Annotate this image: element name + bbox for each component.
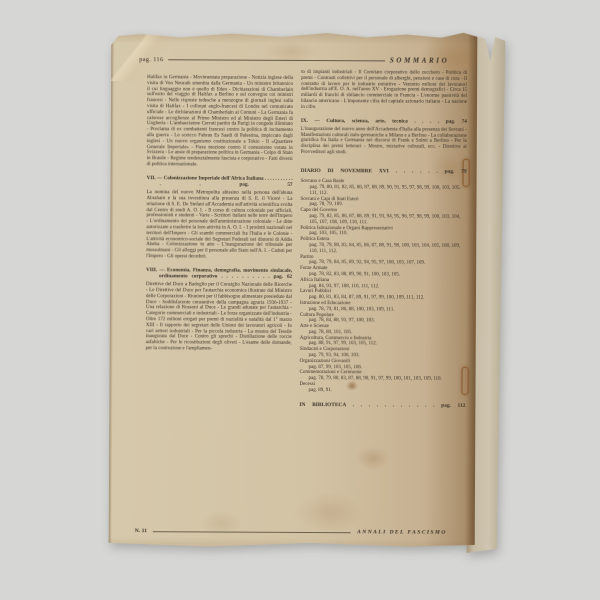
toc-sections: VII. — Colonizzazione Imperiale dell'Afr… — [146, 175, 293, 353]
toc-section: VII. — Colonizzazione Imperiale dell'Afr… — [146, 175, 292, 261]
diary-entry: Partito pag. 78, 79, 84, 85, 89, 92, 94,… — [300, 254, 466, 266]
journal-title: ANNALI DEL FASCISMO — [357, 529, 447, 535]
diary-entry: Istruzione ed Educazione pag. 78, 79, 81… — [300, 301, 466, 313]
diary-entry: Sovrano e Casa Reale pag. 79, 80, 81, 82… — [301, 179, 467, 197]
diary-entry: Africa Italiana pag. 84, 93, 97, 108, 11… — [300, 278, 466, 290]
diary-entry: Commemorazioni e Cerimonie pag. 78, 79, … — [300, 370, 466, 382]
page-title: SOMMARIO — [390, 56, 449, 64]
diary-entry: Forze Armate pag. 78, 82, 83, 88, 89, 90… — [300, 266, 466, 278]
intro-paragraph: Halifax in Germania - Movimentata prepar… — [147, 75, 293, 169]
diary-entry: Agricoltura, Commercio e Industria pag. … — [300, 336, 466, 348]
section-page-ref: pag. 74 — [446, 118, 467, 124]
section-body: La nomina del nuovo Metropolita abissino… — [146, 190, 292, 260]
section-title: IX. — Cultura, scienza, arte, tecnica — [301, 118, 408, 125]
page-content: pag. 116 SOMMARIO Halifax in Germania - … — [109, 29, 478, 549]
biblioteca-page-ref: pag. 112 — [441, 402, 465, 408]
header-rule — [169, 59, 385, 61]
diary-entry: Arte e Scienze pag. 78, 80, 101, 105. — [300, 324, 466, 336]
left-column: Halifax in Germania - Movimentata prepar… — [146, 75, 293, 352]
diary-entry: Lavori Pubblici pag. 80, 81, 83, 84, 87,… — [300, 289, 466, 301]
running-header: pag. 116 SOMMARIO — [139, 55, 449, 65]
section-body: L'inaugurazione del nuovo anno dell'Acca… — [301, 127, 467, 157]
section-heading: IX. — Cultura, scienza, arte, tecnica . … — [301, 118, 467, 125]
section-heading: VII. — Colonizzazione Imperiale dell'Afr… — [147, 175, 293, 188]
diary-entry: Sovrani e Capi di Stati Esteri pag. 78, … — [300, 197, 466, 209]
diary-entry: Capo del Governo pag. 79, 82, 85, 86, 87… — [300, 208, 466, 226]
dot-leader: . . . . . . . . . . . — [353, 402, 435, 408]
right-column: to di impianti industriali - Il Comitato… — [299, 70, 467, 409]
diario-title: DIARIO DI NOVEMBRE XVI — [301, 168, 389, 174]
diary-entry: Cultura Popolare pag. 78, 84, 88, 93, 97… — [300, 312, 466, 324]
section-page-ref: pag. 57 — [239, 182, 292, 188]
page-number: pag. 116 — [139, 56, 163, 63]
diario-page-ref: pag. 79 — [445, 168, 467, 174]
dot-leader: . . . . — [414, 118, 439, 124]
section-page-ref: pag. 62 — [274, 274, 293, 280]
diary-entry: Sindacati e Corporazioni pag. 79, 93, 94… — [300, 347, 466, 359]
section-body: Direttive del Duce a Badoglio per il Con… — [146, 282, 292, 352]
section-title: VIII. — Economia, Finanza, demografia, m… — [146, 267, 292, 280]
diario-heading: DIARIO DI NOVEMBRE XVI . . . . . . pag. … — [301, 168, 467, 175]
section-heading: VIII. — Economia, Finanza, demografia, m… — [146, 267, 292, 280]
magazine-page-scan: pag. 116 SOMMARIO Halifax in Germania - … — [109, 29, 508, 557]
diary-entry-pages: pag. 79, 80, 81, 82, 85, 86, 87, 88, 89,… — [301, 185, 467, 197]
diary-entry-pages: pag. 79, 82, 85, 86, 87, 88, 89, 91, 93,… — [300, 214, 466, 226]
toc-section-ix: IX. — Cultura, scienza, arte, tecnica . … — [301, 118, 467, 157]
diary-entry-pages: pag. 78, 79, 80, 83, 87, 88, 90, 91, 97,… — [300, 376, 466, 383]
continuation-paragraph: to di impianti industriali - Il Comitato… — [301, 70, 467, 111]
paper-sheet: pag. 116 SOMMARIO Halifax in Germania - … — [109, 29, 478, 549]
diary-entry: Organizzazioni Giovanili pag. 87, 99, 10… — [300, 359, 466, 371]
diary-entry: Politica Istituzionale e Organi Rapprese… — [300, 226, 466, 238]
biblioteca-title: IN BIBLIOTECA — [299, 402, 346, 408]
diario-index: Sovrano e Casa Reale pag. 79, 80, 81, 82… — [299, 179, 466, 394]
issue-number: N. 11 — [135, 528, 147, 534]
biblioteca-heading: IN BIBLIOTECA . . . . . . . . . . . pag.… — [299, 402, 465, 409]
diary-entry: Decessi pag. 89, 91. — [299, 382, 465, 394]
footer-rule — [153, 531, 351, 533]
diary-entry-pages: pag. 78, 79, 80, 83, 84, 85, 86, 87, 88,… — [300, 243, 466, 255]
diary-entry: Politica Estera pag. 78, 79, 80, 83, 84,… — [300, 237, 466, 255]
toc-section: VIII. — Economia, Finanza, demografia, m… — [146, 267, 292, 353]
running-footer: N. 11 ANNALI DEL FASCISMO — [135, 528, 447, 536]
diary-entry-pages: pag. 89, 91. — [299, 388, 465, 395]
dot-leader: . . . . . . — [396, 168, 438, 174]
dot-leader: . . . . . . . . . . — [221, 273, 269, 279]
